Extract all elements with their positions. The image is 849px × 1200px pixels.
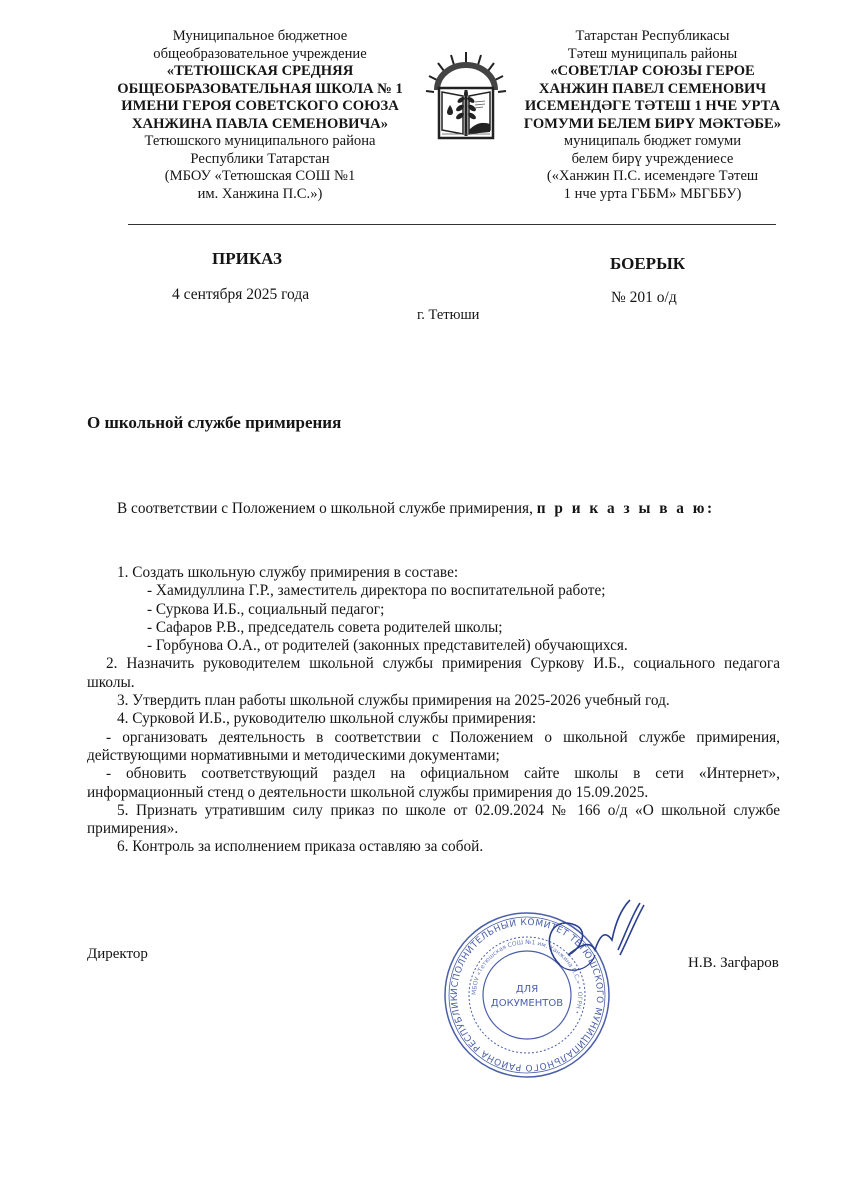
header-line: Тетюшского муниципального района <box>105 133 415 151</box>
header-left-institution-ru: Муниципальное бюджетное общеобразователь… <box>105 28 415 203</box>
svg-text:ДОКУМЕНТОВ: ДОКУМЕНТОВ <box>491 998 563 1009</box>
header-divider <box>128 224 776 225</box>
director-signature-icon <box>520 895 650 985</box>
header-line: «СОВЕТЛАР СОЮЗЫ ГЕРОЕ <box>515 63 790 81</box>
header-line: им. Ханжина П.С.») <box>105 186 415 204</box>
order-title-ru: ПРИКАЗ <box>212 249 282 269</box>
signer-position: Директор <box>87 946 148 963</box>
item-4a: - организовать деятельность в соответств… <box>87 729 780 766</box>
header-line: ОБЩЕОБРАЗОВАТЕЛЬНАЯ ШКОЛА № 1 <box>105 81 415 99</box>
header-line: ХАНЖИНА ПАВЛА СЕМЕНОВИЧА» <box>105 116 415 134</box>
item-6: 6. Контроль за исполнением приказа остав… <box>87 838 780 856</box>
header-line: ХАНЖИН ПАВЕЛ СЕМЕНОВИЧ <box>515 81 790 99</box>
header-line: муниципаль бюджет гомуми <box>515 133 790 151</box>
item-4: 4. Сурковой И.Б., руководителю школьной … <box>87 710 780 728</box>
signer-name: Н.В. Загфаров <box>688 955 779 972</box>
member-2: - Суркова И.Б., социальный педагог; <box>87 601 780 619</box>
order-preamble: В соответствии с Положением о школьной с… <box>117 500 715 518</box>
item-1: 1. Создать школьную службу примирения в … <box>87 564 780 582</box>
order-date: 4 сентября 2025 года <box>172 286 309 304</box>
order-subject: О школьной службе примирения <box>87 413 341 433</box>
header-line: «ТЕТЮШСКАЯ СРЕДНЯЯ <box>105 63 415 81</box>
header-line: Республики Татарстан <box>105 151 415 169</box>
svg-text:ДЛЯ: ДЛЯ <box>516 984 538 995</box>
header-line: ИСЕМЕНДӘГЕ ТӘТЕШ 1 НЧЕ УРТА <box>515 98 790 116</box>
header-line: 1 нче урта ГББМ» МБГББУ) <box>515 186 790 204</box>
order-number: № 201 о/д <box>611 289 677 307</box>
header-line: Татарстан Республикасы <box>515 28 790 46</box>
school-emblem-icon <box>425 50 507 142</box>
item-2: 2. Назначить руководителем школьной служ… <box>87 655 780 692</box>
header-right-institution-tt: Татарстан Республикасы Тәтеш муниципаль … <box>515 28 790 203</box>
header-line: Муниципальное бюджетное <box>105 28 415 46</box>
header-line: (МБОУ «Тетюшская СОШ №1 <box>105 168 415 186</box>
member-4: - Горбунова О.А., от родителей (законных… <box>87 637 780 655</box>
header-line: ГОМУМИ БЕЛЕМ БИРҮ МӘКТӘБЕ» <box>515 116 790 134</box>
item-5: 5. Признать утратившим силу приказ по шк… <box>87 802 780 839</box>
preamble-command: п р и к а з ы в а ю: <box>537 500 715 517</box>
item-4b: - обновить соответствующий раздел на офи… <box>87 765 780 802</box>
header-line: белем бирү учреждениесе <box>515 151 790 169</box>
header-line: («Ханжин П.С. исемендәге Тәтеш <box>515 168 790 186</box>
preamble-text: В соответствии с Положением о школьной с… <box>117 500 533 517</box>
member-3: - Сафаров Р.В., председатель совета роди… <box>87 619 780 637</box>
order-body: 1. Создать школьную службу примирения в … <box>87 564 780 857</box>
header-line: ИМЕНИ ГЕРОЯ СОВЕТСКОГО СОЮЗА <box>105 98 415 116</box>
order-title-tt: БОЕРЫК <box>610 254 685 274</box>
header-line: Тәтеш муниципаль районы <box>515 46 790 64</box>
header-line: общеобразовательное учреждение <box>105 46 415 64</box>
item-3: 3. Утвердить план работы школьной службы… <box>87 692 780 710</box>
order-city: г. Тетюши <box>417 307 479 324</box>
member-1: - Хамидуллина Г.Р., заместитель директор… <box>87 582 780 600</box>
